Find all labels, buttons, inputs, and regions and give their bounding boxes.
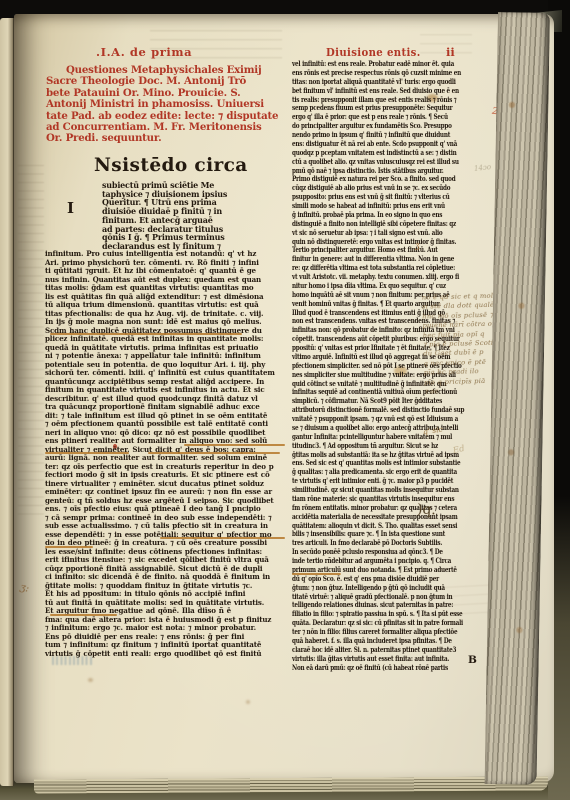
running-header-right: Diuisione entis. bbox=[326, 45, 421, 59]
right-column-text: vel infinitū: est ens reale. Probatur ea… bbox=[292, 60, 436, 672]
folio-number: ii bbox=[446, 45, 455, 59]
running-header-left: .I.A. de prima bbox=[96, 45, 192, 59]
guide-initial: I bbox=[67, 199, 74, 217]
question-intro: subiectū primū sciētie Metaphysice ⁊ diu… bbox=[102, 181, 286, 251]
rubric-line: Antonij Ministri in phamosiss. Uniuersi bbox=[46, 99, 286, 110]
text-line: virtutis ḡ cōpetit enti reali: ergo quod… bbox=[45, 650, 285, 659]
incipit-rubric: Questiones Metaphysichales EximijSacre T… bbox=[46, 65, 286, 145]
gathering-signature: B bbox=[468, 654, 477, 666]
facing-page-edge bbox=[0, 18, 14, 786]
left-column-text: infinitum. Pro cuius intelligentia est n… bbox=[45, 250, 285, 658]
text-line: Non eā darū pmū: qz oē finitū (cū habeat… bbox=[292, 664, 436, 673]
rubric-line: Or. Predi. sequuntur. bbox=[46, 133, 286, 144]
photo-of-book-page: .I.A. de prima Diuisione entis. ii Quest… bbox=[0, 0, 570, 800]
question-heading: Nsistēdo circa bbox=[94, 155, 248, 176]
